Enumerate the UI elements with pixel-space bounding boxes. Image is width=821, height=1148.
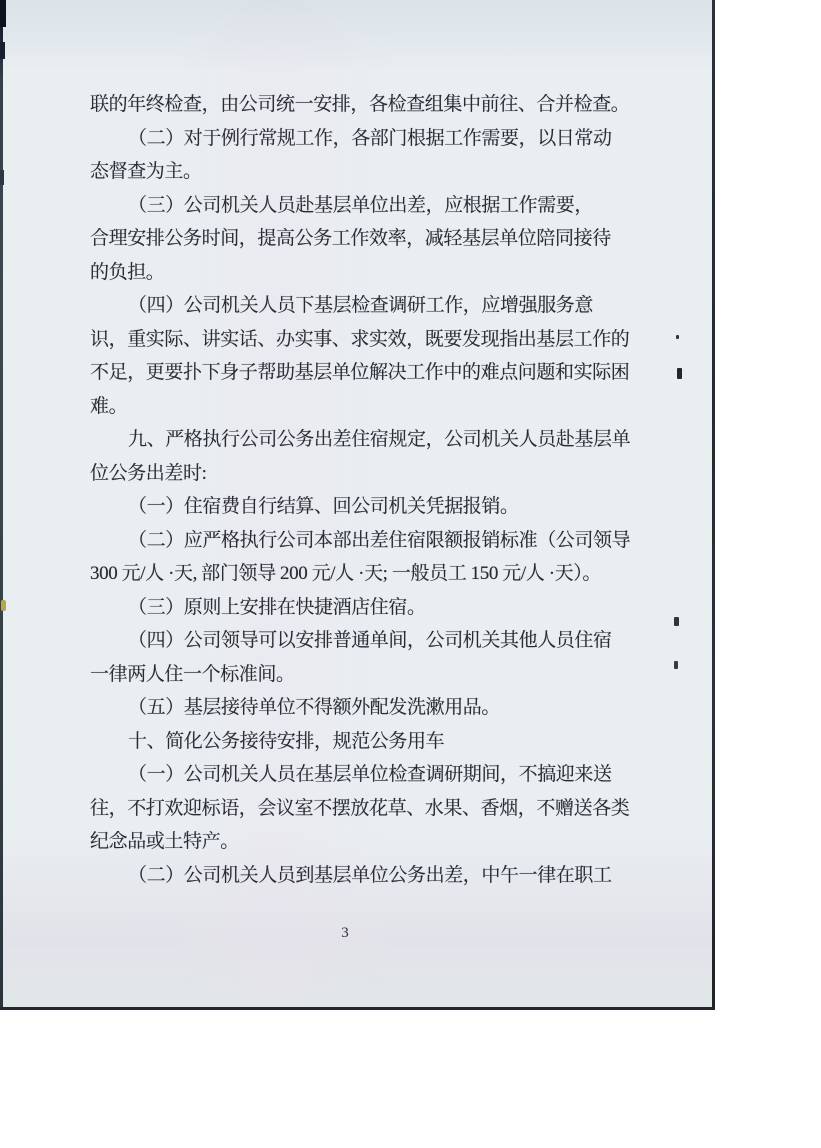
text-line: （五）基层接待单位不得额外配发洗漱用品。	[90, 691, 627, 725]
text-line: （二）应严格执行公司本部出差住宿限额报销标准（公司领导	[90, 524, 627, 558]
text-line: 态督查为主。	[90, 155, 627, 189]
text-line: （一）公司机关人员在基层单位检查调研期间，不搞迎来送	[90, 758, 627, 792]
text-line: （一）住宿费自行结算、回公司机关凭据报销。	[90, 490, 627, 524]
scan-speck	[676, 335, 679, 339]
text-line: （二）对于例行常规工作，各部门根据工作需要，以日常动	[90, 122, 627, 156]
text-line: 往，不打欢迎标语，会议室不摆放花草、水果、香烟，不赠送各类	[90, 792, 627, 826]
text-line: （四）公司机关人员下基层检查调研工作，应增强服务意	[90, 289, 627, 323]
scan-edge-left-mark	[0, 42, 5, 59]
scan-speck	[674, 617, 679, 626]
text-line: 十、简化公务接待安排，规范公务用车	[90, 725, 627, 759]
scan-edge-left-dark-cap	[0, 0, 6, 27]
page-number: 3	[330, 925, 360, 942]
document-lines: 联的年终检查，由公司统一安排，各检查组集中前往、合并检查。（二）对于例行常规工作…	[90, 88, 627, 892]
text-line: 不足，更要扑下身子帮助基层单位解决工作中的难点问题和实际困	[90, 356, 627, 390]
text-line: 的负担。	[90, 256, 627, 290]
text-line: 一律两人住一个标准间。	[90, 658, 627, 692]
text-line: 识，重实际、讲实话、办实事、求实效，既要发现指出基层工作的	[90, 323, 627, 357]
text-line: 位公务出差时:	[90, 457, 627, 491]
scan-speck	[677, 368, 682, 379]
text-line: 纪念品或土特产。	[90, 825, 627, 859]
scan-edge-right	[712, 0, 715, 1010]
text-line: 合理安排公务时间，提高公务工作效率，减轻基层单位陪同接待	[90, 222, 627, 256]
text-line: 九、严格执行公司公务出差住宿规定，公司机关人员赴基层单	[90, 423, 627, 457]
scan-edge-left	[0, 0, 3, 1010]
scanned-document-screenshot: 联的年终检查，由公司统一安排，各检查组集中前往、合并检查。（二）对于例行常规工作…	[0, 0, 821, 1148]
text-line: （四）公司领导可以安排普通单间，公司机关其他人员住宿	[90, 624, 627, 658]
text-line: 300 元/人 ·天, 部门领导 200 元/人 ·天; 一般员工 150 元/…	[90, 557, 627, 591]
text-line: 难。	[90, 390, 627, 424]
scan-speck-yellow	[1, 600, 6, 611]
text-line: 联的年终检查，由公司统一安排，各检查组集中前往、合并检查。	[90, 88, 627, 122]
scan-edge-bottom	[0, 1007, 715, 1010]
text-line: （三）原则上安排在快捷酒店住宿。	[90, 591, 627, 625]
text-line: （二）公司机关人员到基层单位公务出差，中午一律在职工	[90, 859, 627, 893]
scan-edge-left-mark	[0, 170, 4, 185]
scanned-page: 联的年终检查，由公司统一安排，各检查组集中前往、合并检查。（二）对于例行常规工作…	[0, 0, 714, 1010]
text-line: （三）公司机关人员赴基层单位出差，应根据工作需要，	[90, 189, 627, 223]
scan-speck	[674, 661, 678, 669]
